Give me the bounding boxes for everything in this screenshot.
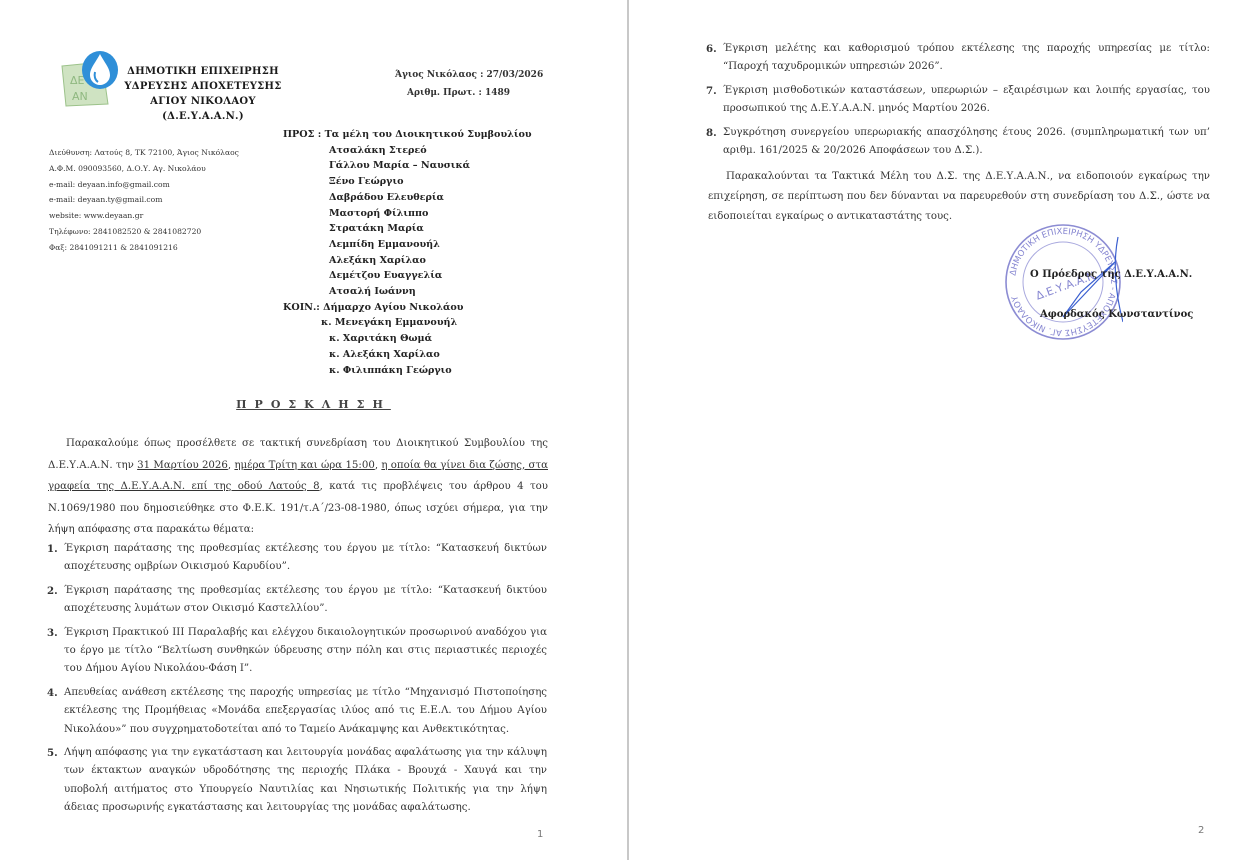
water-drop-logo-icon: ΔΕ ΑΝ: [60, 48, 126, 108]
signature-block: Ο Πρόεδρος της Δ.Ε.Υ.Α.Α.Ν. Αφορδακός Κω…: [1030, 255, 1193, 335]
item-text: Έγκριση μισθοδοτικών καταστάσεων, υπερωρ…: [723, 85, 1210, 114]
org-name-line: ΥΔΡΕΥΣΗΣ ΑΠΟΧΕΤΕΥΣΗΣ: [118, 79, 288, 94]
recipient: Ξένο Γεώργιο: [283, 174, 532, 190]
page-number: 2: [1198, 825, 1204, 836]
item-number: 8.: [706, 124, 717, 142]
item-number: 6.: [706, 40, 717, 58]
cc-recipient: κ. Μενεγάκη Εμμανουήλ: [283, 315, 532, 331]
agenda-item: 8.Συγκρότηση συνεργείου υπερωριακής απασ…: [706, 124, 1210, 161]
recipient: Δαβράδου Ελευθερία: [283, 190, 532, 206]
contact-website: website: www.deyaan.gr: [49, 208, 239, 224]
cc-recipient: κ. Αλεξάκη Χαρίλαο: [283, 347, 532, 363]
to-label: ΠΡΟΣ : Τα μέλη του Διοικητικού Συμβουλίο…: [283, 127, 532, 143]
agenda-item: 3.Έγκριση Πρακτικού ΙΙΙ Παραλαβής και ελ…: [47, 624, 547, 679]
item-number: 2.: [47, 582, 58, 600]
invitation-paragraph: Παρακαλούμε όπως προσέλθετε σε τακτική σ…: [48, 433, 548, 541]
agenda-item: 1.Έγκριση παράτασης της προθεσμίας εκτέλ…: [47, 540, 547, 577]
agenda-item: 4.Απευθείας ανάθεση εκτέλεσης της παροχή…: [47, 684, 547, 739]
recipient: Ατσαλάκη Στερεό: [283, 143, 532, 159]
place-date: Άγιος Νικόλαος : 27/03/2026: [395, 66, 543, 84]
contact-info: Διεύθυνση: Λατούς 8, ΤΚ 72100, Άγιος Νικ…: [49, 145, 239, 256]
recipient: Λεμπίδη Εμμανουήλ: [283, 237, 532, 253]
organization-name: ΔΗΜΟΤΙΚΗ ΕΠΙΧΕΙΡΗΣΗ ΥΔΡΕΥΣΗΣ ΑΠΟΧΕΤΕΥΣΗΣ…: [118, 64, 288, 124]
svg-text:ΑΝ: ΑΝ: [72, 90, 88, 103]
recipients-block: ΠΡΟΣ : Τα μέλη του Διοικητικού Συμβουλίο…: [283, 127, 532, 378]
agenda-item: 2.Έγκριση παράτασης της προθεσμίας εκτέλ…: [47, 582, 547, 619]
item-number: 7.: [706, 82, 717, 100]
closing-paragraph: Παρακαλούνται τα Τακτικά Μέλη του Δ.Σ. τ…: [708, 167, 1210, 227]
deyaan-logo: ΔΕ ΑΝ: [60, 48, 126, 108]
cc-recipient: κ. Φιλιππάκη Γεώργιο: [283, 363, 532, 379]
meeting-date: 31 Μαρτίου 2026: [137, 460, 228, 471]
agenda-item: 6.Έγκριση μελέτης και καθορισμού τρόπου …: [706, 40, 1210, 77]
org-name-line: ΔΗΜΟΤΙΚΗ ΕΠΙΧΕΙΡΗΣΗ: [118, 64, 288, 79]
item-text: Έγκριση μελέτης και καθορισμού τρόπου εκ…: [723, 43, 1210, 72]
closing-text: Παρακαλούνται τα Τακτικά Μέλη του Δ.Σ. τ…: [708, 171, 1210, 222]
signature-name: Αφορδακός Κωνσταντίνος: [1030, 295, 1193, 335]
org-abbreviation: (Δ.Ε.Υ.Α.Α.Ν.): [118, 109, 288, 124]
contact-phone: Τηλέφωνο: 2841082520 & 2841082720: [49, 224, 239, 240]
item-text: Λήψη απόφασης για την εγκατάσταση και λε…: [64, 747, 547, 813]
agenda-list: 1.Έγκριση παράτασης της προθεσμίας εκτέλ…: [47, 540, 547, 823]
agenda-list-continued: 6.Έγκριση μελέτης και καθορισμού τρόπου …: [706, 40, 1210, 165]
recipient: Γάλλου Μαρία – Ναυσικά: [283, 158, 532, 174]
contact-address: Διεύθυνση: Λατούς 8, ΤΚ 72100, Άγιος Νικ…: [49, 145, 239, 161]
contact-tax-id: Α.Φ.Μ. 090093560, Δ.Ο.Υ. Αγ. Νικολάου: [49, 161, 239, 177]
protocol-number: Αριθμ. Πρωτ. : 1489: [395, 84, 543, 102]
recipient: Αλεξάκη Χαρίλαο: [283, 253, 532, 269]
recipient: Ατσαλή Ιωάννη: [283, 284, 532, 300]
contact-email-1: e-mail: deyaan.info@gmail.com: [49, 177, 239, 193]
page-number: 1: [537, 829, 543, 840]
org-name-line: ΑΓΙΟΥ ΝΙΚΟΛΑΟΥ: [118, 94, 288, 109]
title-text: ΠΡΟΣΚΛΗΣΗ: [236, 398, 391, 411]
document-page-1: ΔΕ ΑΝ ΔΗΜΟΤΙΚΗ ΕΠΙΧΕΙΡΗΣΗ ΥΔΡΕΥΣΗΣ ΑΠΟΧΕ…: [0, 0, 627, 860]
signature-title: Ο Πρόεδρος της Δ.Ε.Υ.Α.Α.Ν.: [1030, 255, 1193, 295]
agenda-item: 5.Λήψη απόφασης για την εγκατάσταση και …: [47, 744, 547, 818]
contact-email-2: e-mail: deyaan.ty@gmail.com: [49, 192, 239, 208]
recipient: Στρατάκη Μαρία: [283, 221, 532, 237]
item-text: Έγκριση Πρακτικού ΙΙΙ Παραλαβής και ελέγ…: [64, 627, 547, 675]
cc-label: ΚΟΙΝ.: Δήμαρχο Αγίου Νικολάου: [283, 300, 532, 316]
item-text: Συγκρότηση συνεργείου υπερωριακής απασχό…: [723, 127, 1210, 156]
cc-recipient: κ. Χαριτάκη Θωμά: [283, 331, 532, 347]
recipient: Δεμέτζου Ευαγγελία: [283, 268, 532, 284]
item-number: 3.: [47, 624, 58, 642]
meeting-day-time: ημέρα Τρίτη και ώρα 15:00: [234, 460, 374, 471]
item-text: Έγκριση παράτασης της προθεσμίας εκτέλεσ…: [64, 585, 547, 614]
recipient: Μαστορή Φίλιππο: [283, 206, 532, 222]
document-meta: Άγιος Νικόλαος : 27/03/2026 Αριθμ. Πρωτ.…: [395, 66, 543, 102]
document-title: ΠΡΟΣΚΛΗΣΗ: [0, 398, 627, 411]
agenda-item: 7.Έγκριση μισθοδοτικών καταστάσεων, υπερ…: [706, 82, 1210, 119]
item-text: Έγκριση παράτασης της προθεσμίας εκτέλεσ…: [64, 543, 547, 572]
contact-fax: Φαξ: 2841091211 & 2841091216: [49, 240, 239, 256]
item-text: Απευθείας ανάθεση εκτέλεσης της παροχής …: [64, 687, 547, 735]
item-number: 4.: [47, 684, 58, 702]
item-number: 1.: [47, 540, 58, 558]
svg-text:ΔΕ: ΔΕ: [70, 74, 85, 87]
item-number: 5.: [47, 744, 58, 762]
